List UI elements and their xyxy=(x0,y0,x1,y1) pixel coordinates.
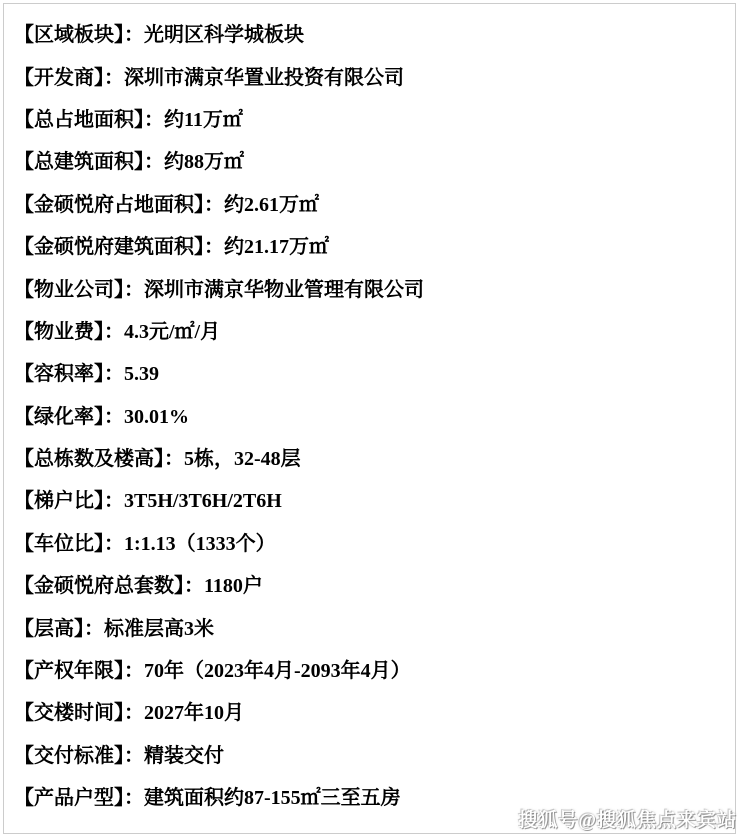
row-value: 精装交付 xyxy=(144,746,224,766)
row-label: 金硕悦府总套数 xyxy=(34,576,174,596)
bracket-open: 【 xyxy=(14,576,34,596)
bracket-close-colon: 】： xyxy=(134,152,164,172)
bracket-close-colon: 】： xyxy=(94,491,124,511)
row-label: 交楼时间 xyxy=(34,703,114,723)
bracket-close-colon: 】： xyxy=(114,703,144,723)
bracket-open: 【 xyxy=(14,280,34,300)
bracket-close-colon: 】： xyxy=(134,110,164,130)
property-row-management-company: 【物业公司】：深圳市满京华物业管理有限公司 xyxy=(14,268,730,310)
row-value: 标准层高3米 xyxy=(104,619,214,639)
row-label: 总建筑面积 xyxy=(34,152,134,172)
row-value: 30.01% xyxy=(124,407,189,427)
property-row-developer: 【开发商】：深圳市满京华置业投资有限公司 xyxy=(14,56,730,98)
bracket-close-colon: 】： xyxy=(114,661,144,681)
row-value: 2027年10月 xyxy=(144,703,244,723)
bracket-open: 【 xyxy=(14,619,34,639)
bracket-close-colon: 】： xyxy=(114,280,144,300)
property-row-tenure: 【产权年限】：70年（2023年4月-2093年4月） xyxy=(14,650,730,692)
property-row-parking-ratio: 【车位比】：1:1.13（1333个） xyxy=(14,523,730,565)
bracket-open: 【 xyxy=(14,110,34,130)
property-row-total-built-area: 【总建筑面积】：约88万㎡ xyxy=(14,141,730,183)
bracket-open: 【 xyxy=(14,534,34,554)
row-value: 1180户 xyxy=(204,576,263,596)
bracket-open: 【 xyxy=(14,407,34,427)
property-row-towers-floors: 【总栋数及楼高】：5栋，32-48层 xyxy=(14,438,730,480)
row-label: 产品户型 xyxy=(34,788,114,808)
property-row-floor-height: 【层高】：标准层高3米 xyxy=(14,607,730,649)
bracket-close-colon: 】： xyxy=(194,195,224,215)
property-row-handover-date: 【交楼时间】：2027年10月 xyxy=(14,692,730,734)
bracket-open: 【 xyxy=(14,788,34,808)
bracket-close-colon: 】： xyxy=(94,68,124,88)
property-row-jinshuo-built-area: 【金硕悦府建筑面积】：约21.17万㎡ xyxy=(14,226,730,268)
property-row-greening-rate: 【绿化率】：30.01% xyxy=(14,396,730,438)
row-label: 物业公司 xyxy=(34,280,114,300)
bracket-close-colon: 】： xyxy=(114,788,144,808)
row-label: 总占地面积 xyxy=(34,110,134,130)
row-value: 约88万㎡ xyxy=(164,152,244,172)
property-row-management-fee: 【物业费】：4.3元/㎡/月 xyxy=(14,311,730,353)
row-value: 约2.61万㎡ xyxy=(224,195,319,215)
bracket-open: 【 xyxy=(14,322,34,342)
bracket-close-colon: 】： xyxy=(94,407,124,427)
bracket-open: 【 xyxy=(14,25,34,45)
row-label: 梯户比 xyxy=(34,491,94,511)
row-value: 5栋，32-48层 xyxy=(184,449,301,469)
property-row-elevator-ratio: 【梯户比】：3T5H/3T6H/2T6H xyxy=(14,480,730,522)
row-value: 光明区科学城板块 xyxy=(144,25,304,45)
row-value: 3T5H/3T6H/2T6H xyxy=(124,491,282,511)
row-value: 4.3元/㎡/月 xyxy=(124,322,220,342)
property-row-delivery-standard: 【交付标准】：精装交付 xyxy=(14,735,730,777)
row-value: 约21.17万㎡ xyxy=(224,237,329,257)
row-value: 建筑面积约87-155㎡三至五房 xyxy=(144,788,401,808)
property-row-plot-ratio: 【容积率】：5.39 xyxy=(14,353,730,395)
row-label: 金硕悦府建筑面积 xyxy=(34,237,194,257)
bracket-open: 【 xyxy=(14,703,34,723)
bracket-close-colon: 】： xyxy=(94,364,124,384)
bracket-open: 【 xyxy=(14,195,34,215)
row-label: 开发商 xyxy=(34,68,94,88)
bracket-close-colon: 】： xyxy=(74,619,104,639)
row-value: 深圳市满京华置业投资有限公司 xyxy=(124,68,404,88)
row-value: 深圳市满京华物业管理有限公司 xyxy=(144,280,424,300)
bracket-close-colon: 】： xyxy=(114,746,144,766)
bracket-open: 【 xyxy=(14,746,34,766)
bracket-open: 【 xyxy=(14,152,34,172)
row-label: 物业费 xyxy=(34,322,94,342)
bracket-open: 【 xyxy=(14,661,34,681)
row-label: 总栋数及楼高 xyxy=(34,449,154,469)
property-row-total-land-area: 【总占地面积】：约11万㎡ xyxy=(14,99,730,141)
row-label: 层高 xyxy=(34,619,74,639)
property-row-total-units: 【金硕悦府总套数】：1180户 xyxy=(14,565,730,607)
property-row-jinshuo-land-area: 【金硕悦府占地面积】：约2.61万㎡ xyxy=(14,184,730,226)
bracket-open: 【 xyxy=(14,364,34,384)
bracket-open: 【 xyxy=(14,68,34,88)
bracket-open: 【 xyxy=(14,449,34,469)
row-value: 70年（2023年4月-2093年4月） xyxy=(144,661,411,681)
property-info-list: 【区域板块】：光明区科学城板块 【开发商】：深圳市满京华置业投资有限公司 【总占… xyxy=(14,14,730,819)
row-label: 绿化率 xyxy=(34,407,94,427)
bracket-close-colon: 】： xyxy=(194,237,224,257)
row-value: 约11万㎡ xyxy=(164,110,243,130)
row-value: 1:1.13（1333个） xyxy=(124,534,276,554)
row-label: 容积率 xyxy=(34,364,94,384)
row-label: 交付标准 xyxy=(34,746,114,766)
row-label: 车位比 xyxy=(34,534,94,554)
bracket-open: 【 xyxy=(14,237,34,257)
row-label: 金硕悦府占地面积 xyxy=(34,195,194,215)
row-value: 5.39 xyxy=(124,364,159,384)
row-label: 区域板块 xyxy=(34,25,114,45)
bracket-close-colon: 】： xyxy=(94,322,124,342)
bracket-close-colon: 】： xyxy=(114,25,144,45)
bracket-close-colon: 】： xyxy=(94,534,124,554)
row-label: 产权年限 xyxy=(34,661,114,681)
sohu-watermark: 搜狐号@搜狐焦点来宾站 xyxy=(518,805,737,832)
bracket-close-colon: 】： xyxy=(154,449,184,469)
property-row-region: 【区域板块】：光明区科学城板块 xyxy=(14,14,730,56)
bracket-open: 【 xyxy=(14,491,34,511)
bracket-close-colon: 】： xyxy=(174,576,204,596)
